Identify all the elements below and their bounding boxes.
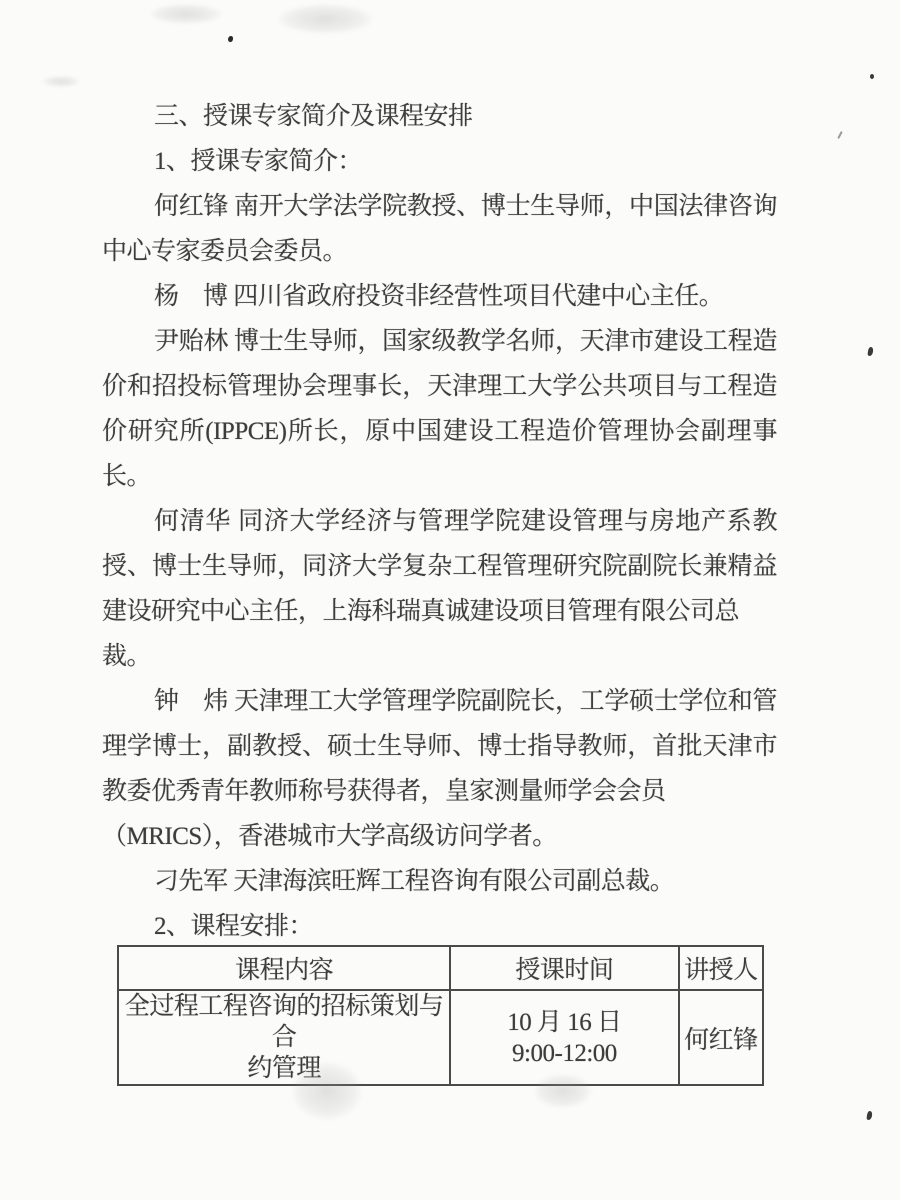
expert-he-qinghua-line-1: 何清华 同济大学经济与管理学院建设管理与房地产系教	[102, 499, 777, 544]
expert-he-qinghua-line-2: 授、博士生导师，同济大学复杂工程管理研究院副院长兼精益	[102, 544, 777, 589]
section-heading: 三、授课专家简介及课程安排	[102, 94, 777, 139]
course-time-range: 9:00-12:00	[455, 1038, 674, 1069]
scan-speck	[870, 74, 874, 79]
expert-yin-yilin-line-2: 价和招投标管理协会理事长，天津理工大学公共项目与工程造	[102, 364, 777, 409]
course-schedule-table: 课程内容 授课时间 讲授人 全过程工程咨询的招标策划与合 约管理 10 月 16…	[117, 945, 764, 1086]
header-course-time: 授课时间	[450, 946, 679, 990]
expert-diao-xianjun-line-1: 刁先军 天津海滨旺辉工程咨询有限公司副总裁。	[102, 859, 777, 904]
expert-zhong-wei-line-4: （MRICS），香港城市大学高级访问学者。	[102, 814, 777, 859]
expert-yin-yilin-line-4: 长。	[102, 454, 777, 499]
cell-course-content: 全过程工程咨询的招标策划与合 约管理	[118, 990, 450, 1085]
scan-speck	[837, 131, 843, 139]
course-date: 10 月 16 日	[455, 1007, 674, 1038]
expert-zhong-wei-line-2: 理学博士，副教授、硕士生导师、博士指导教师，首批天津市	[102, 724, 777, 769]
expert-he-qinghua-line-4: 裁。	[102, 634, 777, 679]
expert-zhong-wei-line-3: 教委优秀青年教师称号获得者，皇家测量师学会会员	[102, 769, 777, 814]
scan-speck	[866, 1111, 872, 1121]
document-body: 三、授课专家简介及课程安排 1、授课专家简介： 何红锋 南开大学法学院教授、博士…	[102, 94, 777, 949]
expert-zhong-wei-line-1: 钟 炜 天津理工大学管理学院副院长，工学硕士学位和管	[102, 679, 777, 724]
scan-smudge	[150, 4, 222, 24]
expert-yang-bo-line-1: 杨 博 四川省政府投资非经营性项目代建中心主任。	[102, 274, 777, 319]
scanned-document-page: 三、授课专家简介及课程安排 1、授课专家简介： 何红锋 南开大学法学院教授、博士…	[0, 0, 900, 1200]
scan-smudge	[42, 76, 80, 87]
cell-course-time: 10 月 16 日 9:00-12:00	[450, 990, 679, 1085]
expert-he-qinghua-line-3: 建设研究中心主任，上海科瑞真诚建设项目管理有限公司总	[102, 589, 777, 634]
header-course-content: 课程内容	[118, 946, 450, 990]
table-row: 全过程工程咨询的招标策划与合 约管理 10 月 16 日 9:00-12:00 …	[118, 990, 763, 1085]
course-content-line-2: 约管理	[123, 1053, 445, 1084]
subsection-experts-heading: 1、授课专家简介：	[102, 139, 777, 184]
expert-he-hongfeng-line-1: 何红锋 南开大学法学院教授、博士生导师，中国法律咨询	[102, 184, 777, 229]
expert-yin-yilin-line-3: 价研究所(IPPCE)所长，原中国建设工程造价管理协会副理事	[102, 409, 777, 454]
course-content-line-1: 全过程工程咨询的招标策划与合	[123, 991, 445, 1053]
scan-smudge	[278, 4, 373, 34]
expert-he-hongfeng-line-2: 中心专家委员会委员。	[102, 229, 777, 274]
table-header-row: 课程内容 授课时间 讲授人	[118, 946, 763, 990]
scan-speck	[867, 347, 873, 357]
scan-smudge	[292, 1062, 362, 1120]
cell-lecturer: 何红锋	[679, 990, 763, 1085]
header-lecturer: 讲授人	[679, 946, 763, 990]
expert-yin-yilin-line-1: 尹贻林 博士生导师，国家级教学名师，天津市建设工程造	[102, 319, 777, 364]
subsection-schedule-heading: 2、课程安排：	[102, 904, 777, 949]
scan-smudge	[534, 1074, 592, 1108]
scan-speck	[228, 36, 233, 42]
